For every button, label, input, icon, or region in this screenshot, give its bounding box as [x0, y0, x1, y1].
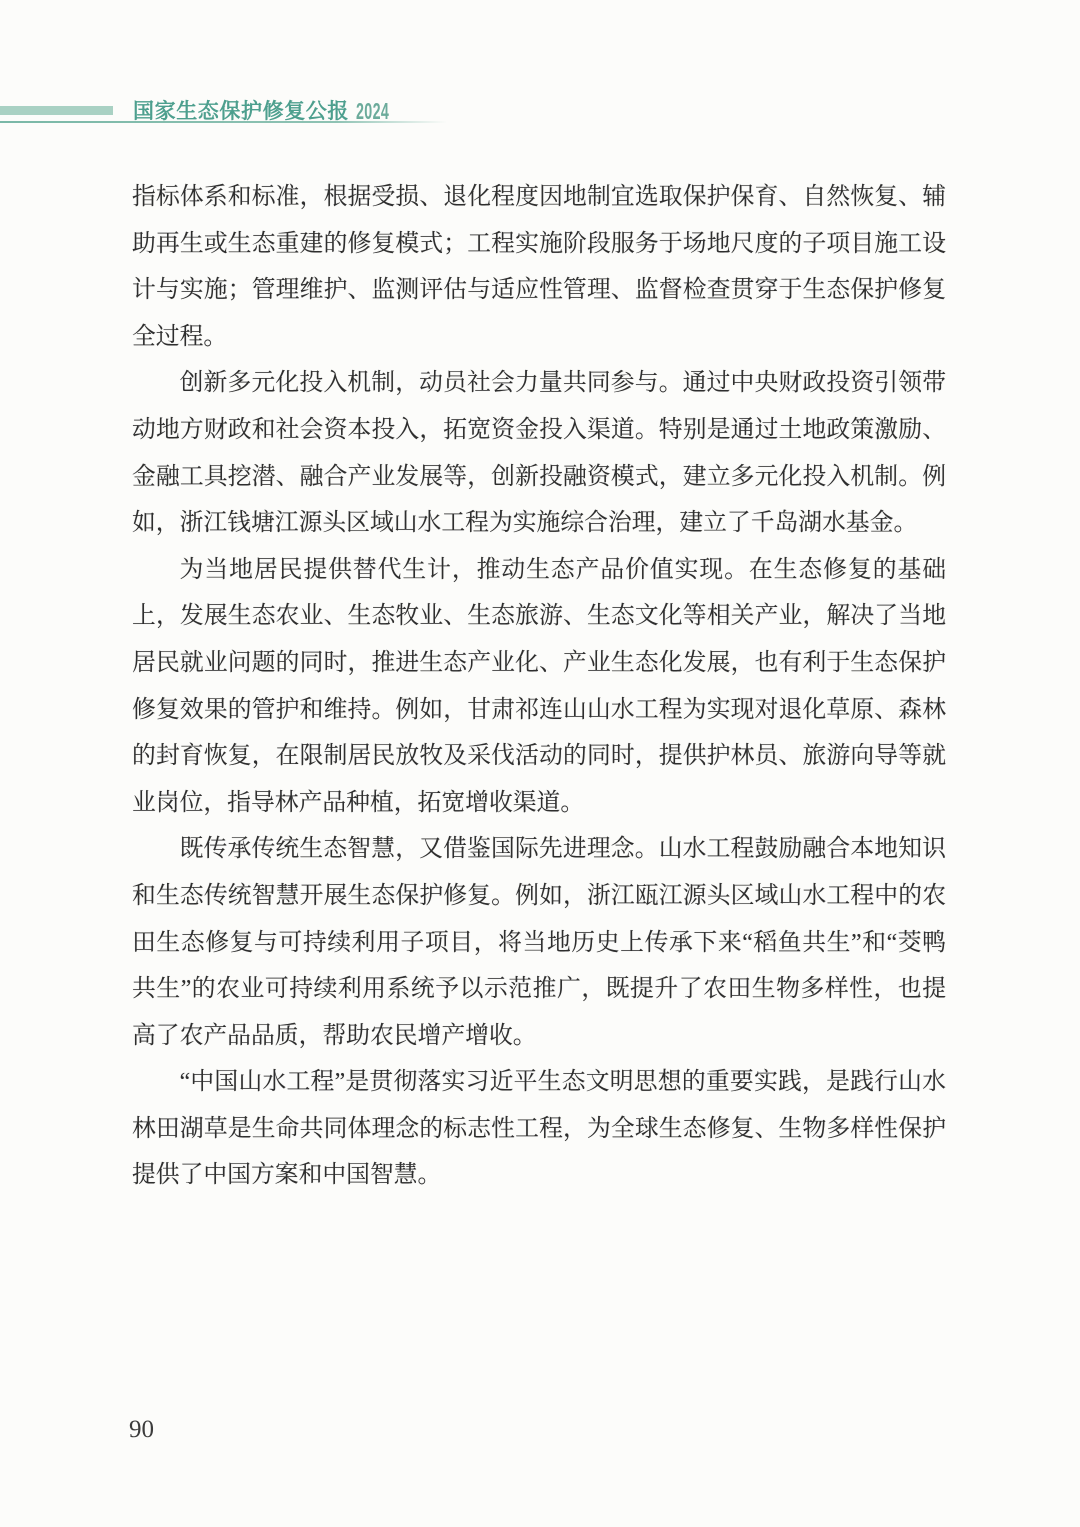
paragraph: 创新多元化投入机制，动员社会力量共同参与。通过中央财政投资引领带动地方财政和社会…	[132, 360, 946, 546]
page-number: 90	[129, 1416, 154, 1444]
body-text: 指标体系和标准，根据受损、退化程度因地制宜选取保护保育、自然恢复、辅助再生或生态…	[132, 174, 946, 1199]
running-header-title: 国家生态保护修复公报	[133, 99, 349, 123]
document-page: 国家生态保护修复公报2024 指标体系和标准，根据受损、退化程度因地制宜选取保护…	[0, 0, 1080, 1527]
header-accent-bar	[0, 106, 113, 115]
paragraph: 既传承传统生态智慧，又借鉴国际先进理念。山水工程鼓励融合本地知识和生态传统智慧开…	[132, 826, 946, 1059]
header-rule	[0, 121, 447, 123]
paragraph: “中国山水工程”是贯彻落实习近平生态文明思想的重要实践，是践行山水林田湖草是生命…	[132, 1059, 946, 1199]
paragraph: 为当地居民提供替代生计，推动生态产品价值实现。在生态修复的基础上，发展生态农业、…	[132, 547, 946, 827]
paragraph: 指标体系和标准，根据受损、退化程度因地制宜选取保护保育、自然恢复、辅助再生或生态…	[132, 174, 946, 360]
